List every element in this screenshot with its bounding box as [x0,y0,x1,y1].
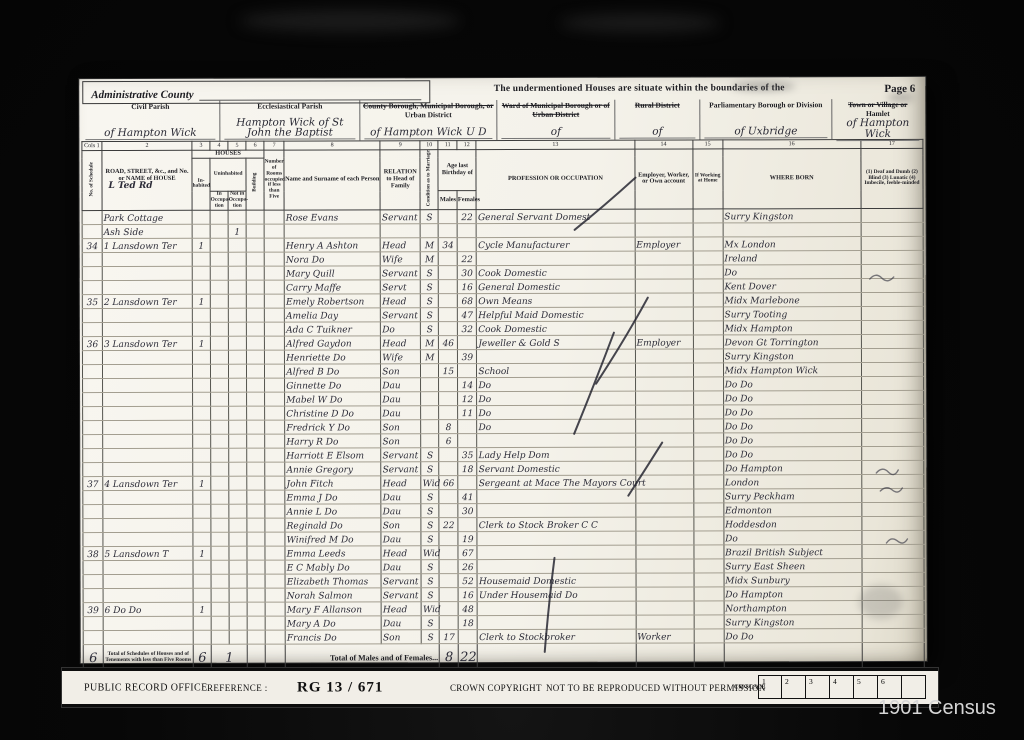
cell-age-female: 35 [458,447,477,461]
cell-age-female: 16 [458,587,477,601]
cell-condition: S [421,616,439,630]
cell-schedule [82,350,102,364]
cell-rooms [265,546,285,560]
cell-name: Francis Do [285,630,381,644]
cell-address [103,518,193,532]
cell-building [247,350,265,364]
col-number: 12 [457,141,476,150]
cell-uninhabited-in-occ [210,294,228,308]
cell-occupation: Servant Domestic [477,461,635,475]
census-table: Cols 1 2 3 4 5 6 7 8 9 10 11 12 13 14 15… [81,139,924,673]
cell-employer [635,391,693,405]
area-label: Ecclesiastical Parish [220,102,359,111]
cell-condition: S [421,490,439,504]
area-ward: Ward of Municipal Borough or of Urban Di… [496,100,614,140]
cell-uninhabited-not-occ [229,350,247,364]
cell-condition: Wid [421,602,439,616]
cell-rooms [265,448,285,462]
cell-at-home [693,461,723,475]
cell-uninhabited-not-occ [229,364,247,378]
cell-relation: Dau [381,504,421,518]
cell-age-female: 48 [458,601,477,615]
cell-infirmity [862,530,924,544]
cell-relation: Head [381,476,421,490]
cell-address [102,364,192,378]
cell-name: Norah Salmon [285,588,381,602]
cell-relation: Son [381,630,421,644]
cell-rooms [265,308,285,322]
cell-where-born: Devon Gt Torrington [723,334,861,348]
cell-uninhabited-not-occ [229,420,247,434]
cell-inhabited [193,364,211,378]
cell-condition [421,378,439,392]
cell-occupation: Do [477,405,635,419]
cell-uninhabited-not-occ [229,462,247,476]
cell-occupation: Do [477,377,635,391]
table-row: 36 3 Lansdown Ter 1 Alfred Gaydon Head M… [82,334,923,350]
cell-building [246,210,264,224]
cell-infirmity [862,628,924,642]
cell-infirmity [861,334,923,348]
cell-building [247,546,265,560]
cell-infirmity [861,236,923,250]
cell-employer [635,405,693,419]
cell-infirmity [862,460,924,474]
cell-schedule [83,588,103,602]
cell-inhabited [193,350,211,364]
cell-inhabited: 1 [193,546,211,560]
cell-age-male: 17 [440,629,459,643]
cell-address [103,560,193,574]
header-males: Males [438,191,457,210]
cell-schedule: 37 [83,476,103,490]
cell-age-female: 30 [458,503,477,517]
area-civil-parish: Civil Parish of Hampton Wick [81,101,219,141]
cell-condition: S [421,266,439,280]
cell-condition: M [421,336,439,350]
cell-uninhabited-not-occ [229,448,247,462]
header-houses: HOUSES [192,150,264,158]
cell-name: Alfred B Do [285,364,381,378]
cell-name: Rose Evans [284,210,380,224]
cell-building [247,602,265,616]
area-label: Civil Parish [81,103,219,112]
area-value: of Hampton Wick [836,118,919,141]
cell-uninhabited-in-occ [211,490,229,504]
cell-address [102,280,192,294]
cell-at-home [694,587,724,601]
cell-rooms [265,630,285,644]
cell-condition: S [421,448,439,462]
cell-at-home [693,307,723,321]
cell-uninhabited-in-occ [211,630,229,644]
cell-age-female [458,419,477,433]
cell-employer [635,293,693,307]
cell-age-male [439,293,458,307]
cell-name: Nora Do [284,252,380,266]
cell-uninhabited-not-occ [229,630,247,644]
cell-name: Emma J Do [285,490,381,504]
cell-infirmity [862,502,924,516]
cell-uninhabited-in-occ [211,560,229,574]
cell-employer [635,321,693,335]
cell-where-born: Do Hampton [723,460,861,474]
cell-schedule [82,280,102,294]
cell-where-born: Do Do [723,404,861,418]
cell-condition: S [422,630,440,644]
cell-relation: Head [381,546,421,560]
cell-age-male: 15 [439,363,458,377]
col-number: 3 [192,141,210,150]
cell-at-home [694,601,724,615]
cell-employer [635,503,693,517]
cell-age-male [439,391,458,405]
cell-rooms [265,574,285,588]
cell-infirmity [861,348,923,362]
cell-condition [421,406,439,420]
cell-building [247,504,265,518]
cell-uninhabited-in-occ [211,378,229,392]
cell-building [246,280,264,294]
cell-infirmity [861,418,923,432]
cell-uninhabited-in-occ [210,308,228,322]
cell-at-home [693,251,723,265]
cell-infirmity [861,278,923,292]
cell-relation: Servant [381,574,421,588]
cell-uninhabited-not-occ [228,294,246,308]
cell-schedule [83,420,103,434]
cell-occupation: Cook Domestic [477,265,635,279]
cell-name: Emma Leeds [285,546,381,560]
cell-schedule [83,448,103,462]
cell-schedule [83,378,103,392]
cell-inhabited [193,420,211,434]
col-number: 9 [380,141,420,150]
cell-occupation [477,531,635,545]
area-value: of [619,127,695,139]
cell-age-male [439,601,458,615]
cell-name: Winifred M Do [285,532,381,546]
cell-relation: Servant [381,448,421,462]
cell-building [247,364,265,378]
cell-rooms [265,560,285,574]
cell-where-born: Do Do [723,418,861,432]
area-value: of Uxbridge [704,126,827,138]
cell-infirmity [862,474,924,488]
cell-inhabited [193,630,211,644]
cell-uninhabited-not-occ [229,476,247,490]
header-schedule: No. of Schedule [82,151,102,211]
cell-uninhabited-in-occ [211,392,229,406]
cell-condition [421,392,439,406]
scan-blotch [240,10,460,32]
cell-uninhabited-not-occ: 1 [228,224,246,238]
cell-employer [635,307,693,321]
cell-inhabited [192,266,210,280]
cell-uninhabited-not-occ [228,280,246,294]
col-number: 2 [102,141,192,150]
header-at-home: If Working at Home [693,149,723,209]
cell-rooms [264,294,284,308]
cell-age-female: 47 [458,307,477,321]
cell-name: Ginnette Do [285,378,381,392]
cell-building [247,420,265,434]
cell-employer: Worker [636,629,694,643]
cell-building [247,616,265,630]
ruler-tick: 5 [854,675,878,699]
cell-relation: Dau [381,560,421,574]
area-hamlet: Town or Village or Hamlet of Hampton Wic… [831,99,923,139]
cell-inhabited: 1 [192,238,210,252]
col-number: 13 [476,140,634,149]
cell-schedule [82,322,102,336]
cell-relation: Servant [381,588,421,602]
cell-age-female: 22 [457,209,476,223]
cell-condition: Wid [421,476,439,490]
cell-rooms [265,420,285,434]
cell-uninhabited-in-occ [210,266,228,280]
cell-age-female: 11 [458,405,477,419]
cell-building [247,448,265,462]
cell-age-female [458,363,477,377]
cell-uninhabited-not-occ [229,532,247,546]
cell-rooms [265,322,285,336]
cell-condition: S [421,322,439,336]
cell-name: Mary A Do [285,616,381,630]
header-not-in-occupation: Not in Occupa-tion [228,192,246,211]
cell-inhabited [192,280,210,294]
cell-uninhabited-in-occ [211,448,229,462]
cell-uninhabited-in-occ [210,238,228,252]
cell-occupation: Clerk to Stock Broker C C [477,517,635,531]
cell-occupation [477,223,635,237]
cell-name: Annie L Do [285,504,381,518]
cell-address: Park Cottage [102,210,192,224]
cell-rooms [265,378,285,392]
cell-name: Mary F Allanson [285,602,381,616]
cell-age-female [459,629,478,643]
cell-where-born: Surry Kingston [724,614,862,628]
cell-age-male [439,587,458,601]
cell-employer: Employer [635,237,693,251]
cell-inhabited [193,616,211,630]
cell-age-male [439,349,458,363]
cell-uninhabited-not-occ [229,518,247,532]
cell-inhabited: 1 [193,336,211,350]
cell-relation [380,224,420,238]
cell-occupation [477,251,635,265]
col-number: 8 [284,141,380,150]
separator-dot: · [532,683,535,693]
cell-infirmity [862,516,924,530]
cell-schedule: 38 [83,546,103,560]
cell-relation: Wife [380,252,420,266]
cell-age-female: 39 [458,349,477,363]
cell-employer: Employer [635,335,693,349]
cell-schedule [83,616,103,630]
administrative-county-blank-line [200,87,422,101]
cell-age-female: 26 [458,559,477,573]
area-label: Urban District [360,111,496,120]
cell-rooms [265,364,285,378]
cell-at-home [694,629,724,643]
cell-age-female [458,517,477,531]
cell-name: Mabel W Do [285,392,381,406]
cell-relation: Head [381,602,421,616]
cell-age-male [439,559,458,573]
form-header: Administrative County The undermentioned… [79,77,925,101]
cell-schedule [83,532,103,546]
cell-schedule [83,406,103,420]
cell-occupation [477,503,635,517]
cell-uninhabited-not-occ [229,560,247,574]
cell-where-born: Ireland [723,250,861,264]
cell-building [247,532,265,546]
cell-building [246,224,264,238]
cell-uninhabited-in-occ [211,504,229,518]
cell-inhabited [193,518,211,532]
cell-uninhabited-not-occ [229,392,247,406]
cell-address [103,630,193,644]
cell-age-female: 22 [458,251,477,265]
cell-rooms [265,588,285,602]
cell-infirmity [861,432,923,446]
cell-employer [635,363,693,377]
cell-uninhabited-not-occ [229,588,247,602]
cell-age-male [439,545,458,559]
cell-relation: Son [381,518,421,532]
cell-rooms [265,476,285,490]
cell-uninhabited-in-occ [210,224,228,238]
cell-employer [636,531,694,545]
cell-inhabited [193,574,211,588]
cell-infirmity [861,306,923,320]
cell-where-born: Midx Marlebone [723,292,861,306]
cell-condition [420,224,438,238]
ruler-tick-blank [902,675,926,699]
cell-occupation: General Domestic [477,279,635,293]
cell-infirmity [861,222,923,236]
cell-name: Amelia Day [285,308,381,322]
cell-condition: S [421,588,439,602]
cell-age-female: 18 [458,461,477,475]
cell-uninhabited-in-occ [211,602,229,616]
cell-uninhabited-not-occ [229,406,247,420]
ruler-tick: 1 [758,675,782,699]
cell-inhabited: 1 [192,294,210,308]
cell-building [247,574,265,588]
cell-uninhabited-not-occ [228,252,246,266]
cell-age-female: 32 [458,321,477,335]
cell-occupation [477,601,635,615]
cell-uninhabited-in-occ [211,406,229,420]
cell-relation: Head [381,336,421,350]
cell-name: Emely Robertson [284,294,380,308]
reference-strip: PUBLIC RECORD OFFICE REFERENCE : RG 13 /… [62,668,938,707]
cell-inhabited [192,308,210,322]
cell-age-male [439,307,458,321]
cell-at-home [693,419,723,433]
cell-address [103,378,193,392]
cell-building [247,630,265,644]
cell-relation: Head [381,294,421,308]
area-rural-district: Rural District of [614,99,699,139]
cell-uninhabited-in-occ [211,518,229,532]
cell-where-born: Do Do [723,446,861,460]
cell-employer [636,601,694,615]
cell-age-female [457,223,476,237]
cell-at-home [694,573,724,587]
cell-uninhabited-not-occ [229,546,247,560]
header-age: Age last Birthday of [438,150,476,191]
cell-relation: Do [381,322,421,336]
cell-rooms [264,252,284,266]
cell-uninhabited-in-occ [211,336,229,350]
cell-schedule [82,210,102,224]
cell-age-male: 34 [439,237,458,251]
cell-uninhabited-not-occ [229,336,247,350]
cell-schedule [82,252,102,266]
table-row: E C Mably Do Dau S 26 Surry East Sheen [83,558,924,574]
cell-name: E C Mably Do [285,560,381,574]
cell-uninhabited-not-occ [229,602,247,616]
census-rows: Park Cottage Rose Evans Servant S 22 Gen… [82,208,924,644]
cell-uninhabited-in-occ [211,434,229,448]
cell-age-male: 46 [439,335,458,349]
cell-relation: Dau [381,406,421,420]
cell-age-female [458,433,477,447]
table-header: Cols 1 2 3 4 5 6 7 8 9 10 11 12 13 14 15… [82,139,923,210]
cell-building [247,392,265,406]
cell-inhabited [192,210,210,224]
cell-age-male [439,573,458,587]
cell-age-male: 66 [439,475,458,489]
table-row: 35 2 Lansdown Ter 1 Emely Robertson Head… [82,292,923,308]
cell-name: John Fitch [285,476,381,490]
cell-age-male [439,447,458,461]
cell-infirmity [862,558,924,572]
header-condition: Condition as to Marriage [420,150,438,210]
cell-uninhabited-in-occ [210,252,228,266]
cell-inhabited [193,560,211,574]
cell-at-home [693,391,723,405]
cell-age-male: 22 [439,517,458,531]
cell-inhabited [193,434,211,448]
cell-occupation: General Servant Domest [476,209,634,223]
col-number: 15 [693,140,723,149]
cell-uninhabited-not-occ [228,266,246,280]
cell-address [102,252,192,266]
cell-name: Christine D Do [285,406,381,420]
cell-address [103,490,193,504]
cell-rooms [265,616,285,630]
cell-condition [421,434,439,448]
cell-rooms [264,224,284,238]
area-label-struck: Rural District [615,101,699,110]
cell-condition: S [421,560,439,574]
cell-at-home [693,265,723,279]
cell-condition: S [421,574,439,588]
cell-at-home [693,503,723,517]
cell-uninhabited-in-occ [210,322,228,336]
area-label: Parliamentary Borough or Division [700,101,831,110]
cell-relation: Son [381,434,421,448]
cell-schedule [83,504,103,518]
cell-infirmity [861,404,923,418]
cell-employer [636,559,694,573]
cell-where-born: Midx Sunbury [724,572,862,586]
cell-occupation [477,433,635,447]
